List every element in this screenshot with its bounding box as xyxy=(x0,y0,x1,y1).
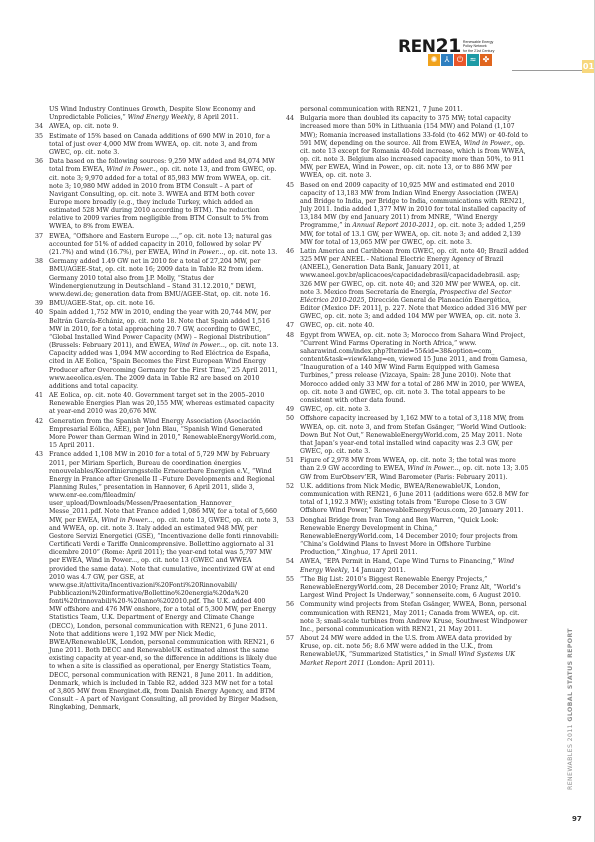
endnote: 41AE Eolica, op. cit. note 40. Governmen… xyxy=(35,392,279,416)
endnote-text: GWEC, op. cit. note 3. xyxy=(300,406,370,413)
endnote-text: AE Eolica, op. cit. note 40. Government … xyxy=(49,392,274,415)
endnote: 48Egypt from WWEA, op. cit. note 3; Moro… xyxy=(286,332,532,405)
endnote-text: U.K. additions from Nick Medic, BWEA/Ren… xyxy=(300,483,528,514)
endnote-text-after: , 17 April 2011. xyxy=(368,549,417,556)
endnote-number: 38 xyxy=(35,258,47,266)
endnote-italic-title: Wind Energy Weekly xyxy=(128,114,194,121)
endnote-number: 57 xyxy=(286,635,298,643)
endnote-number: 40 xyxy=(35,309,47,317)
logo-tagline: Renewable Energy Policy Network for the … xyxy=(463,40,495,53)
endnote: 39BMU/AGEE-Stat, op. cit. note 16. xyxy=(35,300,279,308)
endnote-number: 47 xyxy=(286,322,298,330)
page-header: REN21 Renewable Energy Policy Network fo… xyxy=(0,0,595,90)
endnote: 34AWEA, op. cit. note 9. xyxy=(35,123,279,131)
endnote-number: 42 xyxy=(35,418,47,426)
endnotes-left-column: US Wind Industry Continues Growth, Despi… xyxy=(35,106,279,713)
power-icon: ⏻ xyxy=(454,54,466,66)
endnote-number: 41 xyxy=(35,392,47,400)
endnote: 52U.K. additions from Nick Medic, BWEA/R… xyxy=(286,483,532,516)
endnote-text: AWEA, op. cit. note 9. xyxy=(49,123,118,130)
endnote-number: 39 xyxy=(35,300,47,308)
endnote-text: personal communication with REN21, 7 Jun… xyxy=(300,106,463,113)
wave-icon: ≈ xyxy=(467,54,479,66)
endnote: personal communication with REN21, 7 Jun… xyxy=(286,106,532,114)
endnote-italic-title: Wind in Power. xyxy=(464,140,511,147)
endnote-text-after: , op. cit. note 13. xyxy=(224,249,278,256)
endnote: 40Spain added 1,752 MW in 2010, ending t… xyxy=(35,309,279,391)
endnote-italic-title: Xinghua xyxy=(342,549,368,556)
endnote-text: Germany added 1.49 GW net in 2010 for a … xyxy=(49,258,270,298)
endnote: 54AWEA, “EPA Permit in Hand, Cape Wind T… xyxy=(286,558,532,574)
endnote: 49GWEC, op. cit. note 3. xyxy=(286,406,532,414)
endnote: 37EWEA, “Offshore and Eastern Europe ...… xyxy=(35,233,279,257)
endnote-text: BMU/AGEE-Stat, op. cit. note 16. xyxy=(49,300,155,307)
endnote: 38Germany added 1.49 GW net in 2010 for … xyxy=(35,258,279,299)
endnote-number: 49 xyxy=(286,406,298,414)
endnote: 36Data based on the following sources: 9… xyxy=(35,158,279,231)
endnote-number: 35 xyxy=(35,133,47,141)
endnote-text-after: , 14 January 2011. xyxy=(347,567,405,574)
endnote: 42Generation from the Spanish Wind Energ… xyxy=(35,418,279,451)
endnote-italic-title: Wind in Power.. xyxy=(107,166,156,173)
endnote: 50Offshore capacity increased by 1,162 M… xyxy=(286,415,532,456)
endnote-number: 37 xyxy=(35,233,47,241)
endnote: 55“The Big List: 2010’s Biggest Renewabl… xyxy=(286,576,532,600)
endnote-italic-title: Wind in Power... xyxy=(101,517,152,524)
endnote-text: Community wind projects from Stefan Gsän… xyxy=(300,601,527,632)
endnote-text: France added 1,108 MW in 2010 for a tota… xyxy=(49,451,277,523)
endnote-number: 54 xyxy=(286,558,298,566)
endnote-text-after: , op. cit. note 13, and from GWEC, op. c… xyxy=(49,166,276,230)
endnote-number: 46 xyxy=(286,248,298,256)
endnote-text-after: , 8 April 2011. xyxy=(193,114,238,121)
energy-icons-row: ✺⅄⏻≈✤ xyxy=(428,54,492,66)
endnote-text: “The Big List: 2010’s Biggest Renewable … xyxy=(300,576,521,599)
maple-leaf-icon: ✤ xyxy=(480,54,492,66)
endnote-number: 48 xyxy=(286,332,298,340)
header-rule xyxy=(512,70,584,71)
endnote-text-after: , op. cit. note 13. Capacity added was 1… xyxy=(49,342,279,390)
endnote-text: Egypt from WWEA, op. cit. note 3; Morocc… xyxy=(300,332,527,404)
endnote-number: 53 xyxy=(286,517,298,525)
endnote-text-after: (London: April 2011). xyxy=(365,660,435,667)
endnote: 51Figure of 2,978 MW from WWEA, op. cit.… xyxy=(286,457,532,481)
endnotes-right-column: personal communication with REN21, 7 Jun… xyxy=(286,106,532,669)
endnote-number: 44 xyxy=(286,115,298,123)
page-number: 97 xyxy=(572,815,582,823)
endnote: 45Based on end 2009 capacity of 10,925 M… xyxy=(286,182,532,247)
endnote: US Wind Industry Continues Growth, Despi… xyxy=(35,106,279,122)
endnote: 47GWEC, op. cit. note 40. xyxy=(286,322,532,330)
endnote-text: AWEA, “EPA Permit in Hand, Cape Wind Tur… xyxy=(300,558,498,565)
endnote-italic-title: Wind in Power... xyxy=(172,249,223,256)
endnote: 46Latin America and Caribbean from GWEC,… xyxy=(286,248,532,321)
endnote-number: 34 xyxy=(35,123,47,131)
endnote-text: Generation from the Spanish Wind Energy … xyxy=(49,418,276,449)
endnote-italic-title: Wind in Power... xyxy=(174,342,225,349)
endnote-italic-title: Wind in Power... xyxy=(407,465,458,472)
endnote-text-after: , op. cit. note 13, GWEC, op. cit. note … xyxy=(49,517,279,712)
endnote: 44Bulgaria more than doubled its capacit… xyxy=(286,115,532,180)
endnote-number: 50 xyxy=(286,415,298,423)
endnote-number: 36 xyxy=(35,158,47,166)
endnote-number: 56 xyxy=(286,601,298,609)
endnote-number: 45 xyxy=(286,182,298,190)
report-title-vertical: RENEWABLES 2011 GLOBAL STATUS REPORT xyxy=(567,628,574,790)
endnote: 43France added 1,108 MW in 2010 for a to… xyxy=(35,451,279,712)
wind-turbine-icon: ⅄ xyxy=(441,54,453,66)
sun-icon: ✺ xyxy=(428,54,440,66)
endnote: 35Estimate of 15% based on Canada additi… xyxy=(35,133,279,157)
endnote-text: Estimate of 15% based on Canada addition… xyxy=(49,133,270,156)
endnote: 57About 24 MW were added in the U.S. fro… xyxy=(286,635,532,668)
endnote: 56Community wind projects from Stefan Gs… xyxy=(286,601,532,634)
endnote-number: 51 xyxy=(286,457,298,465)
endnote-number: 55 xyxy=(286,576,298,584)
endnote: 53Donghai Bridge from Ivan Tong and Ben … xyxy=(286,517,532,558)
endnote-text: GWEC, op. cit. note 40. xyxy=(300,322,374,329)
endnote-number: 43 xyxy=(35,451,47,459)
endnote-number: 52 xyxy=(286,483,298,491)
endnote-italic-title: Annual Report 2010-2011 xyxy=(352,222,434,229)
endnote-text: Offshore capacity increased by 1,162 MW … xyxy=(300,415,526,455)
